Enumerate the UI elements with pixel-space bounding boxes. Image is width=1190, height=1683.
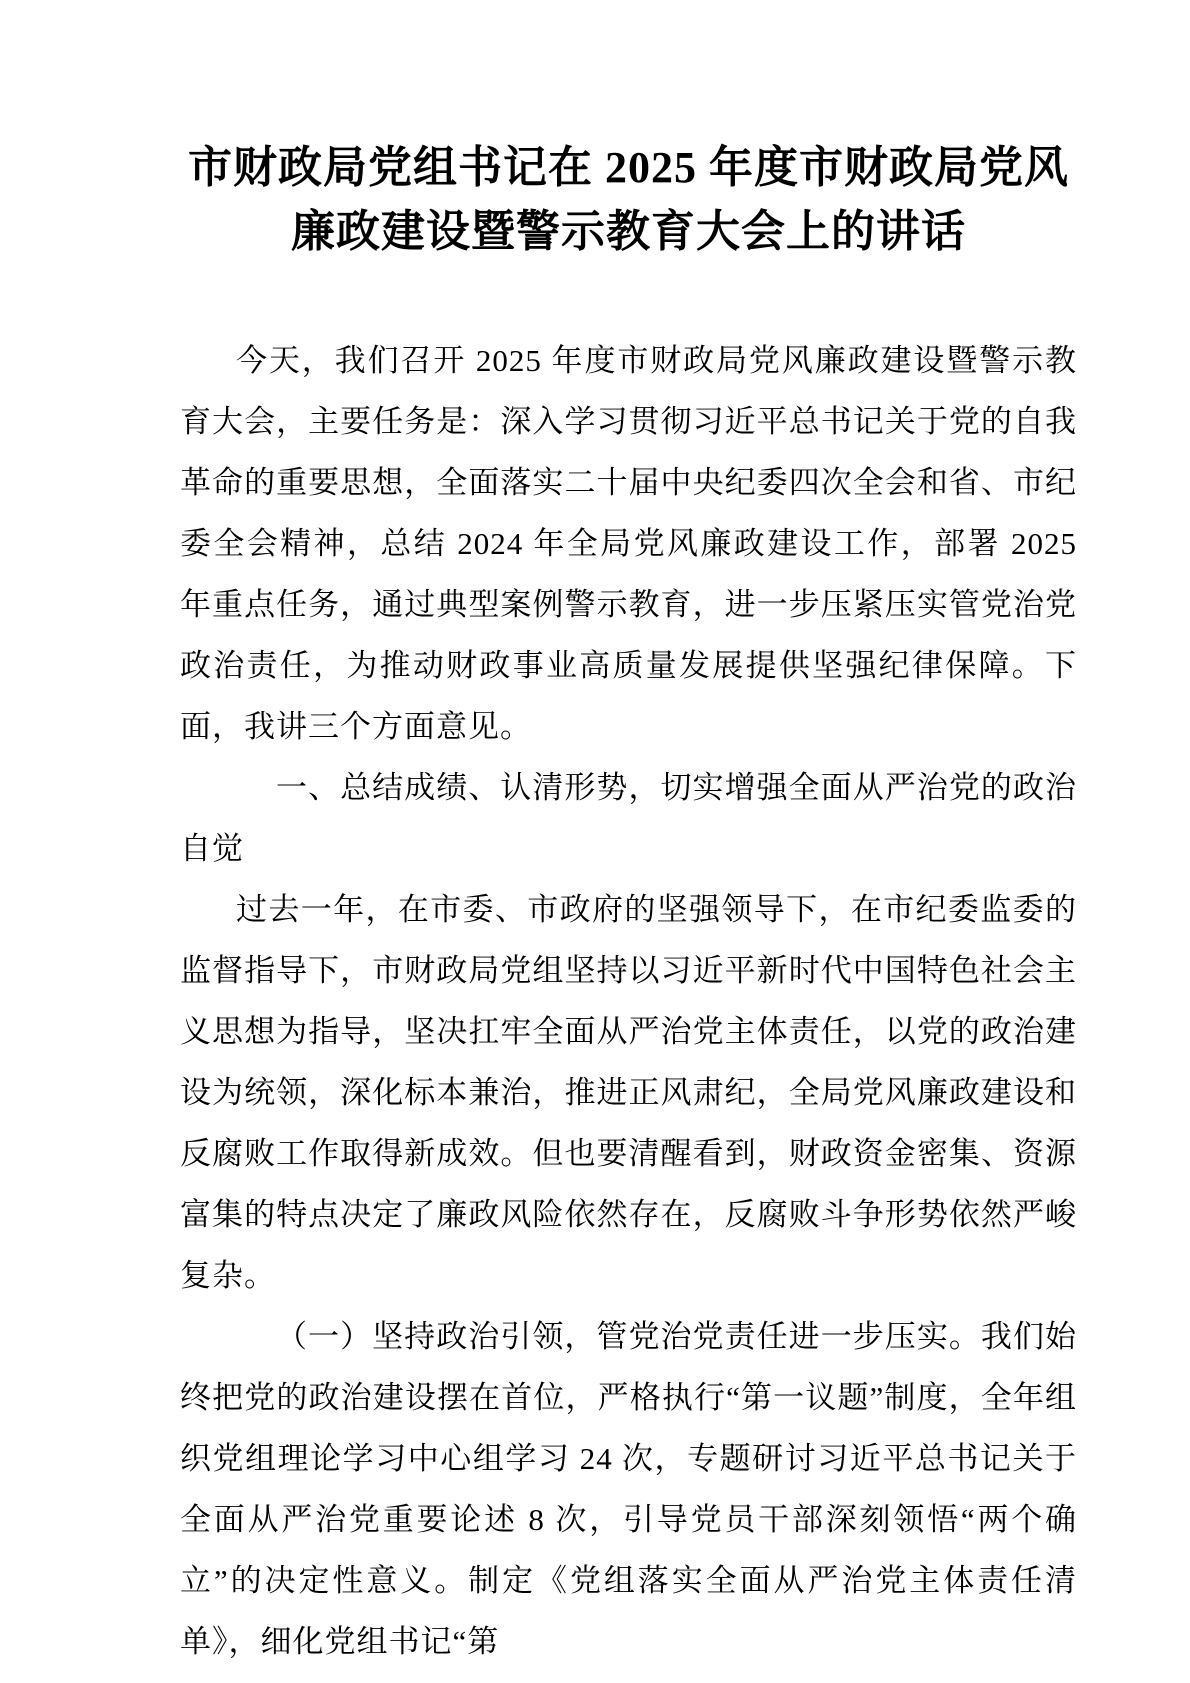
paragraph: 过去一年，在市委、市政府的坚强领导下，在市纪委监委的监督指导下，市财政局党组坚持… xyxy=(180,879,1077,1306)
document-body: 今天，我们召开 2025 年度市财政局党风廉政建设暨警示教育大会，主要任务是：深… xyxy=(180,330,1077,1672)
document-page: 市财政局党组书记在 2025 年度市财政局党风廉政建设暨警示教育大会上的讲话 今… xyxy=(0,0,1190,1683)
paragraph: 今天，我们召开 2025 年度市财政局党风廉政建设暨警示教育大会，主要任务是：深… xyxy=(180,330,1077,757)
section-heading: 一、总结成绩、认清形势，切实增强全面从严治党的政治自觉 xyxy=(180,757,1077,879)
document-title: 市财政局党组书记在 2025 年度市财政局党风廉政建设暨警示教育大会上的讲话 xyxy=(180,136,1077,264)
sub-section-paragraph: （一）坚持政治引领，管党治党责任进一步压实。我们始终把党的政治建设摆在首位，严格… xyxy=(180,1306,1077,1672)
